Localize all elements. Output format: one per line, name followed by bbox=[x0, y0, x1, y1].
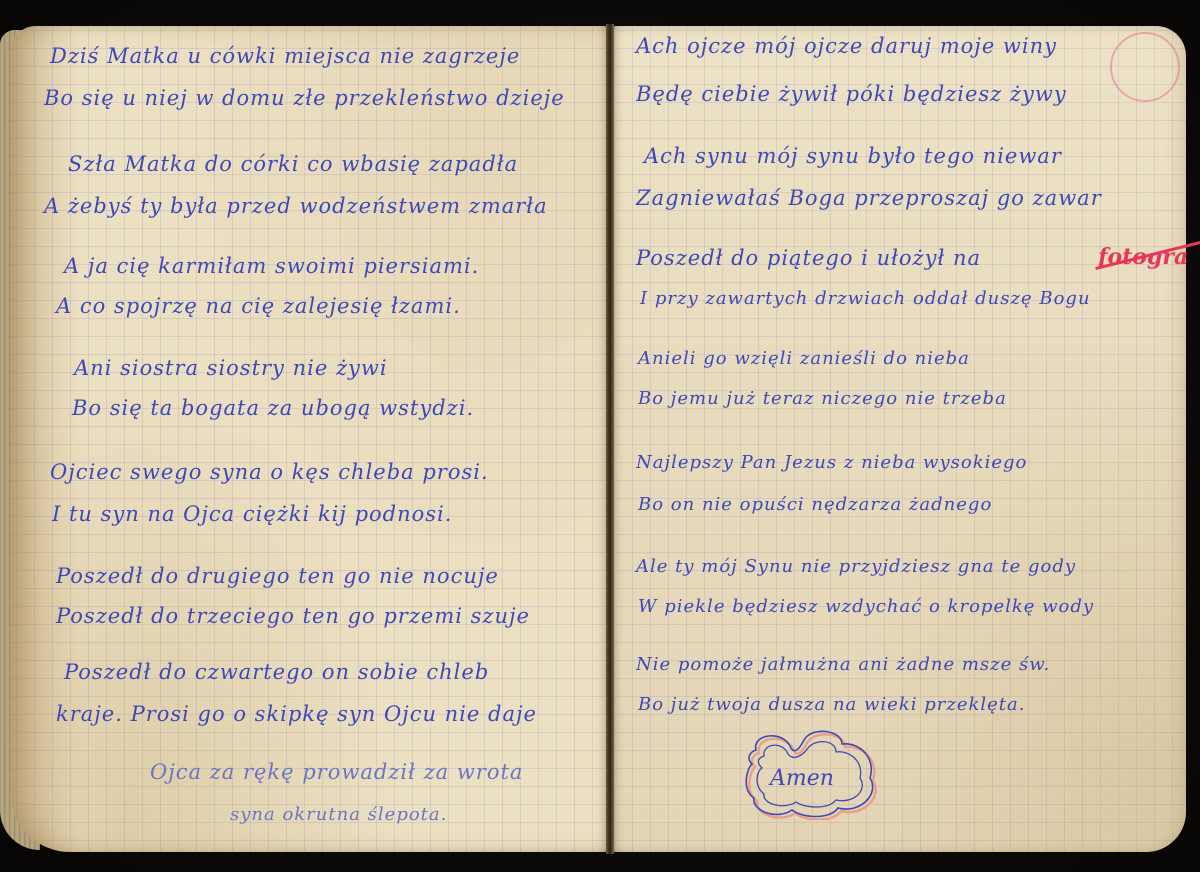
amen-label: Amen bbox=[770, 766, 834, 791]
left-line-2: Bo się u niej w domu złe przekleństwo dz… bbox=[44, 86, 565, 110]
left-line-13: Poszedł do czwartego on sobie chleb bbox=[64, 660, 489, 684]
left-line-6: A co spojrzę na cię zalejesię łzami. bbox=[56, 294, 461, 318]
left-line-15: Ojca za rękę prowadził za wrota bbox=[150, 760, 523, 784]
right-line-12: W piekle będziesz wzdychać o kropelkę wo… bbox=[638, 596, 1094, 617]
left-line-4: A żebyś ty była przed wodzeństwem zmarła bbox=[44, 194, 548, 218]
left-page bbox=[10, 26, 608, 852]
left-line-5: A ja cię karmiłam swoimi piersiami. bbox=[64, 254, 479, 278]
notebook-spine bbox=[606, 24, 614, 854]
right-line-1: Ach ojcze mój ojcze daruj moje winy bbox=[636, 34, 1057, 58]
left-line-7: Ani siostra siostry nie żywi bbox=[74, 356, 388, 380]
right-line-4: Zagniewałaś Boga przeproszaj go zawar bbox=[636, 186, 1102, 210]
right-line-7: Anieli go wzięli zanieśli do nieba bbox=[638, 348, 970, 369]
left-line-12: Poszedł do trzeciego ten go przemi szuje bbox=[56, 604, 530, 628]
right-line-3: Ach synu mój synu było tego niewar bbox=[644, 144, 1062, 168]
left-line-1: Dziś Matka u cówki miejsca nie zagrzeje bbox=[50, 44, 520, 68]
right-line-10: Bo on nie opuści nędzarza żadnego bbox=[638, 494, 992, 515]
red-circle-stamp bbox=[1110, 32, 1180, 102]
right-line-5: Poszedł do piątego i ułożył na bbox=[636, 246, 981, 270]
notebook-spread: Dziś Matka u cówki miejsca nie zagrzeje … bbox=[0, 0, 1200, 872]
left-line-14: kraje. Prosi go o skipkę syn Ojcu nie da… bbox=[56, 702, 537, 726]
right-line-14: Bo już twoja dusza na wieki przeklęta. bbox=[638, 694, 1025, 715]
right-line-2: Będę ciebie żywił póki będziesz żywy bbox=[636, 82, 1067, 106]
right-line-13: Nie pomoże jałmużna ani żadne msze św. bbox=[636, 654, 1050, 675]
right-line-6: I przy zawartych drzwiach oddał duszę Bo… bbox=[640, 288, 1091, 309]
left-line-11: Poszedł do drugiego ten go nie nocuje bbox=[56, 564, 499, 588]
left-line-16: syna okrutna ślepota. bbox=[230, 804, 447, 825]
left-line-8: Bo się ta bogata za ubogą wstydzi. bbox=[72, 396, 474, 420]
right-line-11: Ale ty mój Synu nie przyjdziesz gna te g… bbox=[636, 556, 1076, 577]
left-line-3: Szła Matka do córki co wbasię zapadła bbox=[68, 152, 518, 176]
right-line-8: Bo jemu już teraz niczego nie trzeba bbox=[638, 388, 1007, 409]
left-line-10: I tu syn na Ojca ciężki kij podnosi. bbox=[52, 502, 452, 526]
left-line-9: Ojciec swego syna o kęs chleba prosi. bbox=[50, 460, 489, 484]
struck-out-word: fotogra bbox=[1098, 244, 1188, 270]
right-line-9: Najlepszy Pan Jezus z nieba wysokiego bbox=[636, 452, 1027, 473]
